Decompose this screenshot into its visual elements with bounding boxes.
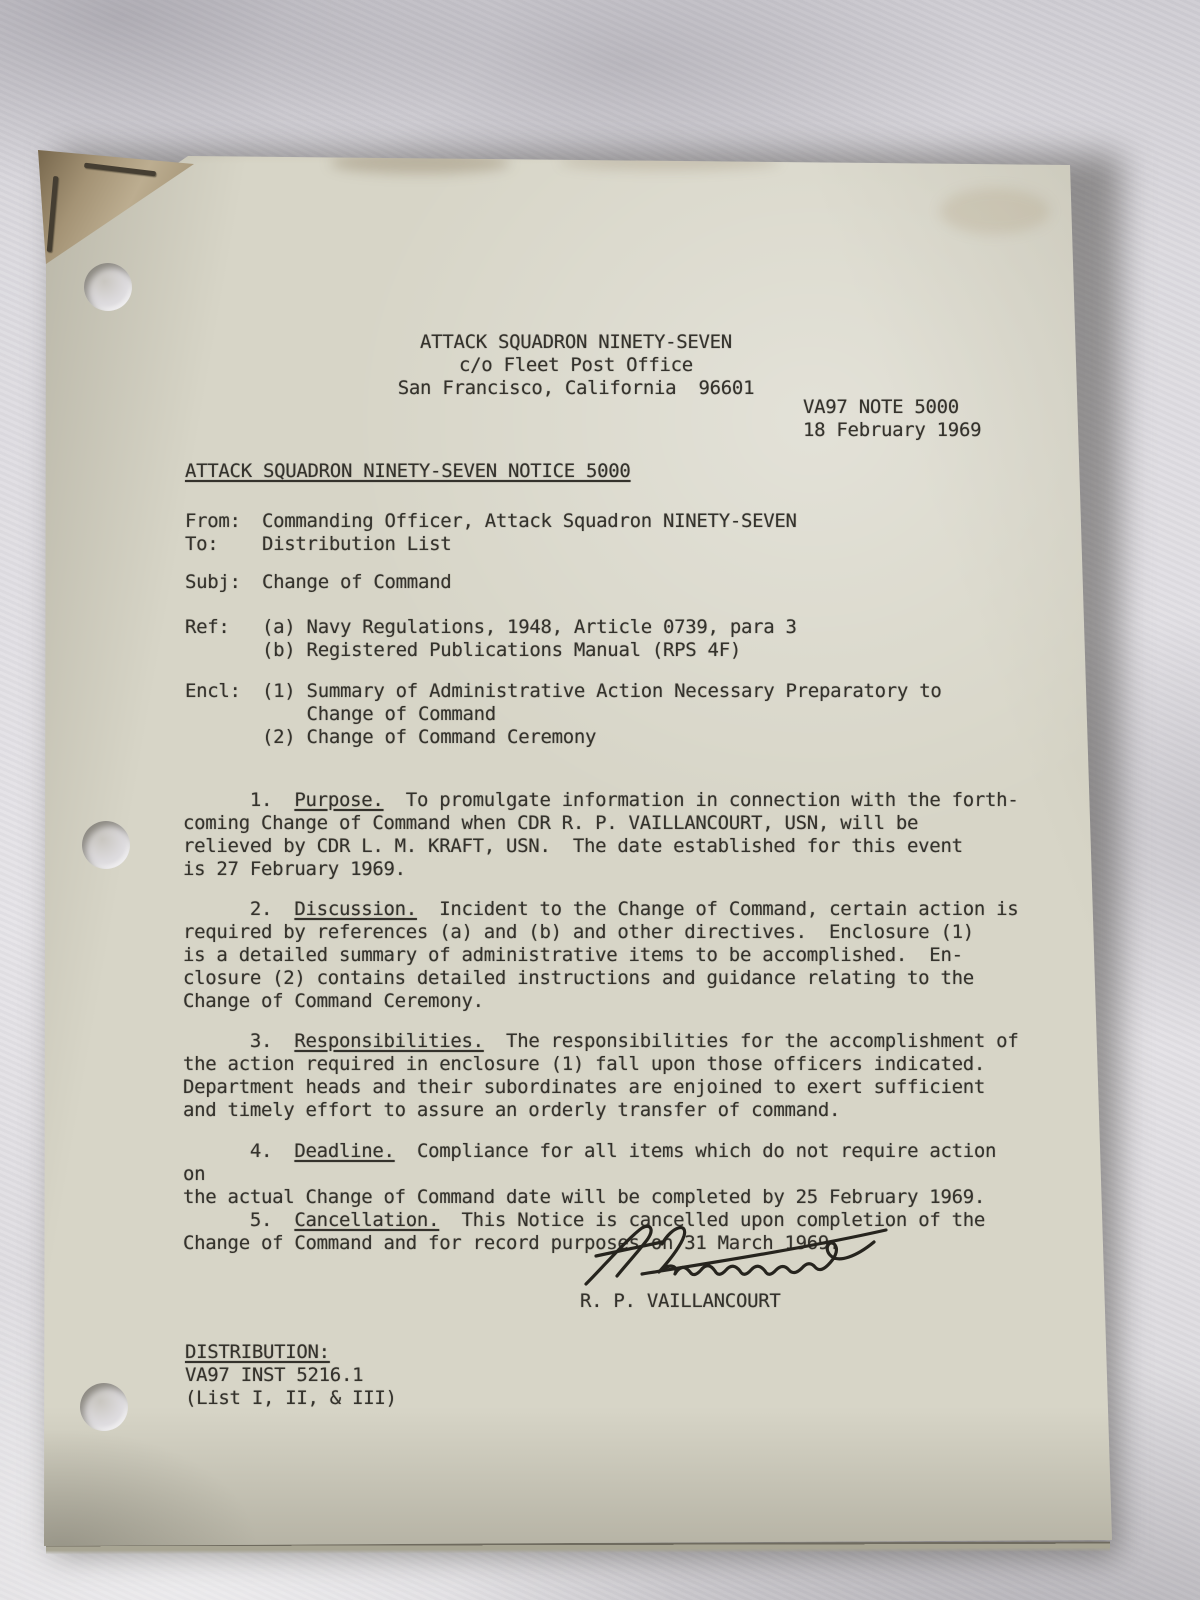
paragraph-number: 3. xyxy=(250,1030,295,1052)
distribution-heading: DISTRIBUTION: xyxy=(185,1341,330,1364)
paragraph-heading: Cancellation. xyxy=(294,1209,439,1231)
paragraph-number: 5. xyxy=(250,1209,295,1231)
stain-top-right xyxy=(940,188,1050,234)
to-label: To: xyxy=(185,533,218,556)
signature-typed-name: R. P. VAILLANCOURT xyxy=(580,1290,781,1313)
document-page: ATTACK SQUADRON NINETY-SEVEN c/o Fleet P… xyxy=(40,138,1112,1548)
paragraph-heading: Deadline. xyxy=(294,1140,394,1162)
distribution-line-2: (List I, II, & III) xyxy=(185,1387,397,1410)
ref-value: (a) Navy Regulations, 1948, Article 0739… xyxy=(262,616,797,662)
paragraph-number: 1. xyxy=(250,789,295,811)
punch-hole-middle xyxy=(82,821,130,869)
punch-hole-top xyxy=(84,263,132,311)
to-value: Distribution List xyxy=(262,533,451,556)
note-date: 18 February 1969 xyxy=(803,419,981,442)
note-number: VA97 NOTE 5000 xyxy=(803,396,959,419)
signature-script xyxy=(568,1220,904,1300)
ref-label: Ref: xyxy=(185,616,230,639)
encl-value: (1) Summary of Administrative Action Nec… xyxy=(262,680,941,749)
letterhead-line-1: ATTACK SQUADRON NINETY-SEVEN xyxy=(40,331,1112,354)
paragraph-number: 2. xyxy=(250,898,295,920)
paragraph-heading: Discussion. xyxy=(294,898,417,920)
paragraph-heading: Responsibilities. xyxy=(294,1030,483,1052)
encl-label: Encl: xyxy=(185,680,241,703)
letterhead-line-2: c/o Fleet Post Office xyxy=(40,354,1112,377)
photo-of-document: ATTACK SQUADRON NINETY-SEVEN c/o Fleet P… xyxy=(0,0,1200,1600)
paragraph-number: 4. xyxy=(250,1140,295,1162)
subject-label: Subj: xyxy=(185,571,241,594)
from-label: From: xyxy=(185,510,241,533)
paragraph-heading: Purpose. xyxy=(294,789,383,811)
distribution-line-1: VA97 INST 5216.1 xyxy=(185,1364,363,1387)
punch-hole-bottom xyxy=(80,1383,128,1431)
subject-value: Change of Command xyxy=(262,571,451,594)
from-value: Commanding Officer, Attack Squadron NINE… xyxy=(262,510,797,533)
notice-title: ATTACK SQUADRON NINETY-SEVEN NOTICE 5000 xyxy=(185,460,631,483)
